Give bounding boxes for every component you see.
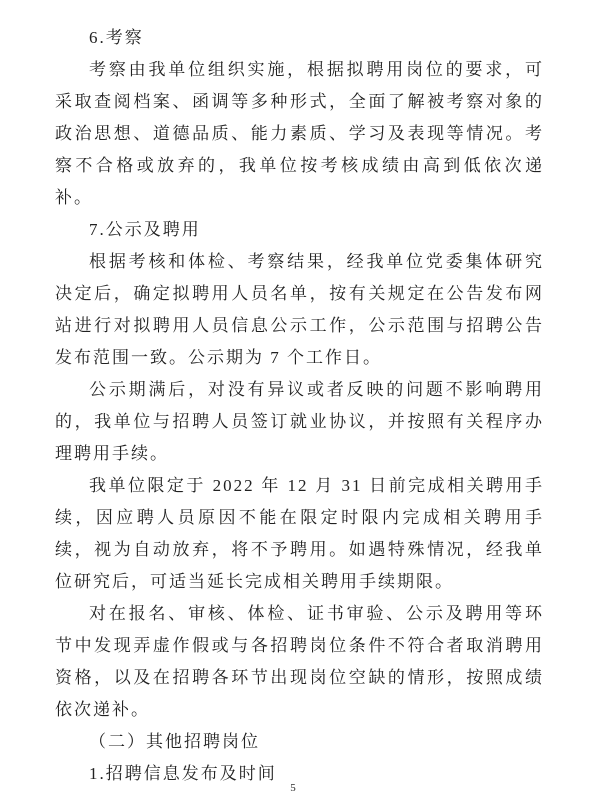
section-heading-other-positions: （二）其他招聘岗位 — [55, 726, 544, 758]
paragraph-disqualification: 对在报名、审核、体检、证书审验、公示及聘用等环节中发现弄虚作假或与各招聘岗位条件… — [55, 598, 544, 726]
document-body: 6.考察 考察由我单位组织实施，根据拟聘用岗位的要求，可采取查阅档案、函调等多种… — [55, 22, 544, 790]
document-page: 6.考察 考察由我单位组织实施，根据拟聘用岗位的要求，可采取查阅档案、函调等多种… — [0, 0, 600, 802]
paragraph-gongshi-expiry: 公示期满后，对没有异议或者反映的问题不影响聘用的，我单位与招聘人员签订就业协议，… — [55, 374, 544, 470]
page-number: 5 — [0, 782, 586, 795]
paragraph-kaocha-process: 考察由我单位组织实施，根据拟聘用岗位的要求，可采取查阅档案、函调等多种形式，全面… — [55, 54, 544, 214]
paragraph-gongshi-process: 根据考核和体检、考察结果，经我单位党委集体研究决定后，确定拟聘用人员名单，按有关… — [55, 246, 544, 374]
paragraph-deadline: 我单位限定于 2022 年 12 月 31 日前完成相关聘用手续，因应聘人员原因… — [55, 470, 544, 598]
section-heading-6-kaocha: 6.考察 — [55, 22, 544, 54]
section-heading-7-gongshi: 7.公示及聘用 — [55, 214, 544, 246]
